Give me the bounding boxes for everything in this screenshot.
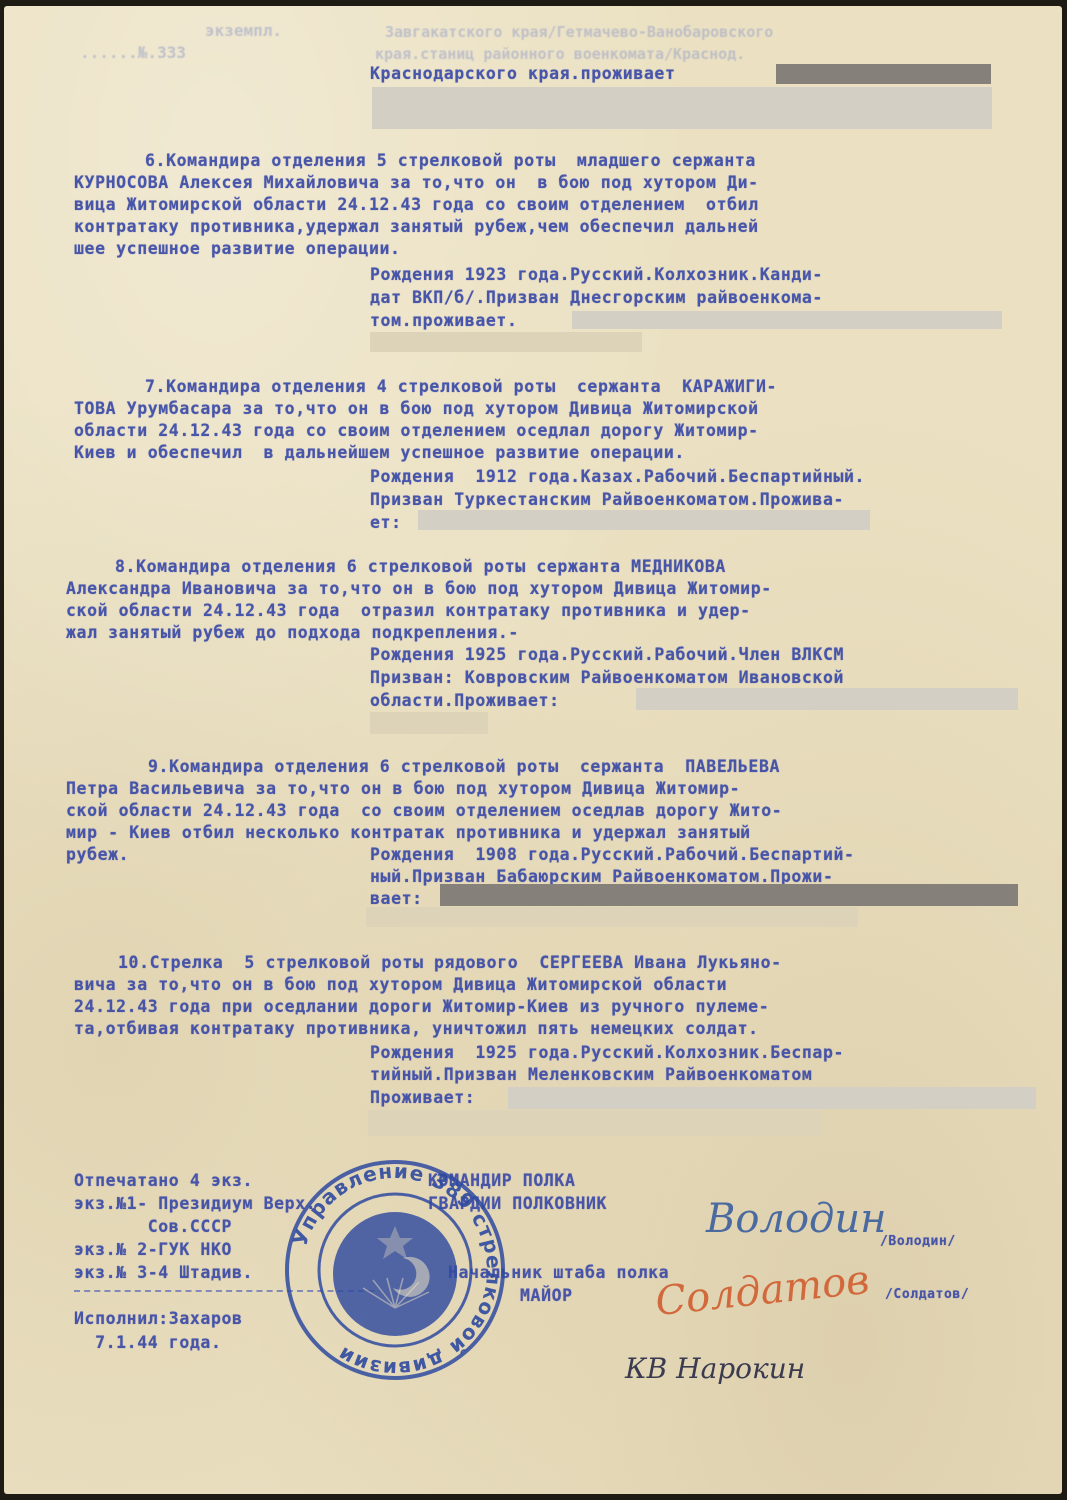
header-ghost-right-1: Завгакатского края/Гетмачево-Ванобаровск…	[385, 22, 773, 43]
entry-9-bio: Рождения 1908 года.Русский.Рабочий.Беспа…	[370, 844, 855, 865]
commander-signature: Володин	[706, 1196, 887, 1242]
distribution-line: Исполнил:Захаров	[74, 1308, 243, 1329]
third-signature: КВ Нарокин	[625, 1352, 805, 1385]
redaction-box	[368, 1110, 822, 1136]
entry-7-bio: Призван Туркестанским Райвоенкоматом.Про…	[370, 489, 844, 510]
entry-10-bio: тийный.Призван Меленковским Райвоенкомат…	[370, 1064, 812, 1085]
entry-9-line: рубеж.	[66, 844, 129, 865]
entry-9-bio: вает:	[370, 888, 423, 909]
chief-of-staff-name: /Солдатов/	[885, 1284, 969, 1305]
entry-6-bio: дат ВКП/б/.Призван Днесгорским райвоенко…	[370, 287, 823, 308]
entry-9-line: Петра Васильевича за то,что он в бою под…	[66, 778, 740, 799]
header-ghost-right-2: края.станиц районного военкомата/Краснод…	[375, 44, 745, 65]
redaction-box	[508, 1087, 1036, 1109]
redaction-box	[572, 311, 1002, 329]
entry-8-line: жал занятый рубеж до подхода подкреплени…	[66, 622, 519, 643]
entry-6-line: шее успешное развитие операции.	[74, 238, 401, 259]
redaction-box	[418, 510, 870, 530]
entry-10-line: вича за то,что он в бою под хутором Диви…	[74, 974, 727, 995]
entry-8-line: 8.Командира отделения 6 стрелковой роты …	[115, 556, 726, 577]
entry-10-bio: Проживает:	[370, 1087, 475, 1108]
distribution-line: экз.№1- Президиум Верх.	[74, 1193, 316, 1214]
distribution-line: экз.№ 2-ГУК НКО	[74, 1239, 232, 1260]
redaction-box	[372, 87, 992, 129]
header-ghost-left-2: ......№.ЗЗЗ	[80, 42, 186, 63]
redaction-box	[366, 907, 858, 927]
header-ghost-left-1: экземпл.	[205, 20, 282, 41]
entry-8-line: ской области 24.12.43 года отразил контр…	[66, 600, 751, 621]
entry-8-bio: Призван: Ковровским Райвоенкоматом Ивано…	[370, 667, 844, 688]
entry-6-bio: Рождения 1923 года.Русский.Колхозник.Кан…	[370, 264, 823, 285]
redaction-box	[636, 688, 1018, 710]
entry-10-line: 24.12.43 года при оседлании дороги Житом…	[74, 996, 769, 1017]
entry-8-bio: области.Проживает:	[370, 690, 560, 711]
entry-7-line: ТОВА Урумбасара за то,что он в бою под х…	[74, 398, 759, 419]
redaction-box	[370, 332, 642, 352]
entry-7-bio: Рождения 1912 года.Казах.Рабочий.Беспарт…	[370, 466, 865, 487]
entry-9-line: ской области 24.12.43 года со своим отде…	[66, 800, 782, 821]
chief-of-staff-rank: МАЙОР	[520, 1285, 573, 1306]
entry-7-line: области 24.12.43 года со своим отделение…	[74, 420, 759, 441]
distribution-line: экз.№ 3-4 Штадив.	[74, 1262, 253, 1283]
entry-6-line: 6.Командира отделения 5 стрелковой роты …	[145, 150, 756, 171]
entry-6-bio: том.проживает.	[370, 310, 517, 331]
entry-7-line: 7.Командира отделения 4 стрелковой роты …	[145, 376, 777, 397]
entry-6-line: КУРНОСОВА Алексея Михайловича за то,что …	[74, 172, 759, 193]
redaction-box	[776, 64, 991, 84]
entry-7-bio: ет:	[370, 512, 402, 533]
entry-10-line: 10.Стрелка 5 стрелковой роты рядового СЕ…	[118, 952, 782, 973]
entry-10-bio: Рождения 1925 года.Русский.Колхозник.Бес…	[370, 1042, 844, 1063]
top-line: Краснодарского края.проживает	[370, 63, 675, 84]
distribution-line: Сов.СССР	[74, 1216, 232, 1237]
division-stamp: Управление 389 стрелковой дивизии	[283, 1158, 507, 1382]
entry-6-line: вица Житомирской области 24.12.43 года с…	[74, 194, 759, 215]
commander-name: /Володин/	[880, 1231, 956, 1252]
redaction-box	[440, 884, 1018, 906]
redaction-box	[370, 712, 488, 734]
entry-7-line: Киев и обеспечил в дальнейшем успешное р…	[74, 442, 685, 463]
entry-8-bio: Рождения 1925 года.Русский.Рабочий.Член …	[370, 644, 844, 665]
entry-8-line: Александра Ивановича за то,что он в бою …	[66, 578, 772, 599]
entry-6-line: контратаку противника,удержал занятый ру…	[74, 216, 759, 237]
entry-10-line: та,отбивая контратаку противника, уничто…	[74, 1018, 759, 1039]
entry-9-line: мир - Киев отбил несколько контратак про…	[66, 822, 751, 843]
distribution-line: 7.1.44 года.	[74, 1332, 221, 1353]
entry-9-line: 9.Командира отделения 6 стрелковой роты …	[148, 756, 780, 777]
distribution-line: Отпечатано 4 экз.	[74, 1170, 253, 1191]
